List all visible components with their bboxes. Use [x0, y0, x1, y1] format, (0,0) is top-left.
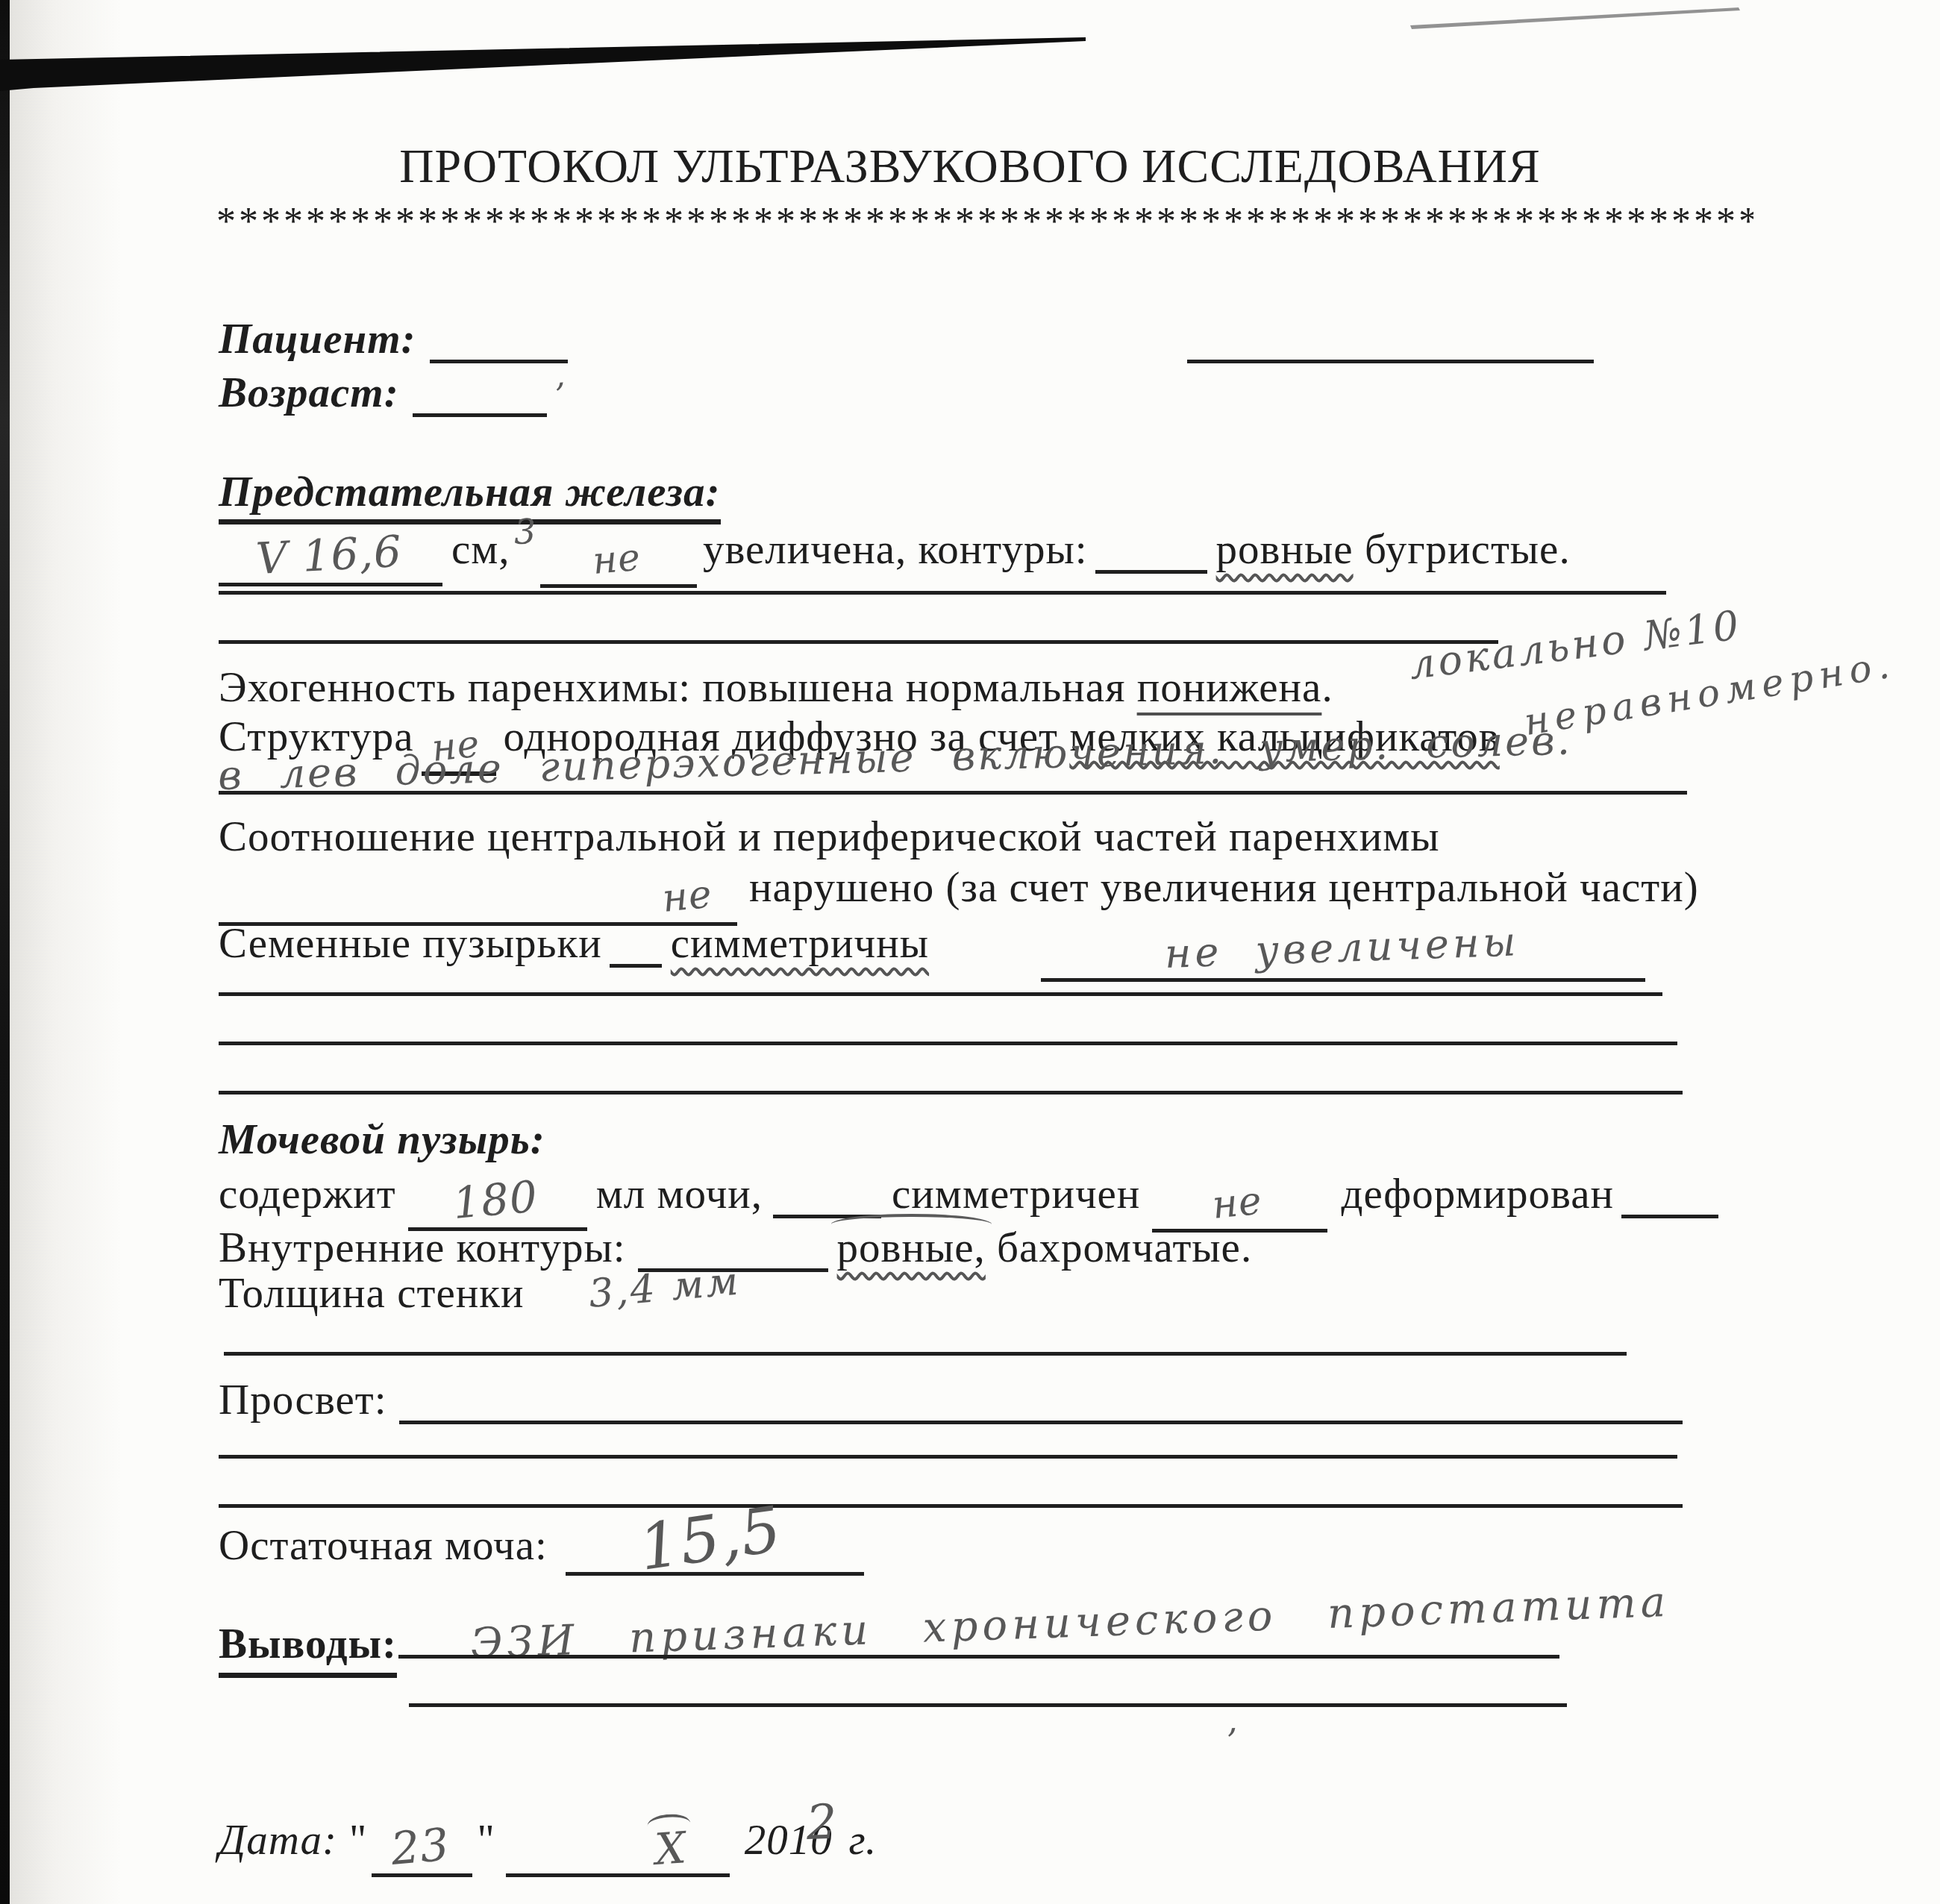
not-enlarged-handwriting: не [590, 533, 642, 585]
vesicles-note-handwriting: не увеличены [1164, 918, 1521, 978]
residual-urine-handwriting: 15,5 [636, 1505, 784, 1572]
lumen-row: Просвет: [219, 1373, 1683, 1424]
enlarged-label: увеличена, контуры: [703, 526, 1088, 573]
wall-thickness-row: Толщина стенки3,4 мм [219, 1270, 743, 1318]
volume-handwriting: V 16,6 [255, 527, 404, 583]
contours-blank [1095, 522, 1207, 574]
ruled-blank-line [219, 1042, 1677, 1045]
ratio-not-handwriting: не [660, 870, 714, 923]
ruled-blank-line [219, 1091, 1683, 1095]
lumen-blank [399, 1373, 1683, 1424]
stray-pen-mark: ’ [1226, 1717, 1239, 1765]
lumen-label: Просвет: [219, 1377, 387, 1424]
contours-rest-word: бугристые. [1354, 526, 1571, 573]
ruled-blank-line [219, 640, 1498, 644]
ruled-blank-line [409, 1703, 1567, 1707]
scan-edge-strip [0, 0, 10, 1904]
residual-urine-blank: 15,5 [566, 1524, 864, 1576]
echogenicity-period: . [1321, 664, 1333, 711]
enlarged-blank: не [540, 536, 697, 588]
scan-page-curl-shade [10, 0, 122, 1904]
vesicles-blank-small [610, 916, 662, 968]
vesicles-blank-large: не увеличены [1041, 930, 1645, 982]
echogenicity-label: Эхогенность паренхимы: повышена нормальн… [219, 664, 1137, 711]
ratio-label2: нарушено (за счет увеличения центральной… [749, 864, 1699, 911]
ruled-blank-line [224, 1352, 1627, 1356]
date-quote-open: " [349, 1817, 367, 1864]
date-quote-close: " [477, 1817, 495, 1864]
echogenicity-row: Эхогенность паренхимы: повышена нормальн… [219, 664, 1333, 712]
bladder-heading-row: Мочевой пузырь: [219, 1116, 545, 1164]
vesicles-symmetric-word: симметричны [671, 920, 929, 967]
date-year-suffix: г. [848, 1817, 877, 1864]
vesicles-label: Семенные пузырьки [219, 920, 602, 967]
vesicles-row: Семенные пузырькисимметричныне увеличены [219, 916, 1645, 982]
age-blank [413, 366, 547, 417]
ruled-blank-line [219, 1455, 1677, 1459]
date-row: Дата:"23"X20102г. [219, 1814, 877, 1877]
patient-row: Пациент: [219, 312, 1594, 363]
symmetric-label: симметричен [892, 1171, 1140, 1218]
ruled-blank-line [219, 791, 1687, 795]
echogenicity-lowered-word: понижена [1137, 664, 1322, 711]
asterisk-separator: ****************************************… [216, 200, 1753, 244]
document-title: ПРОТОКОЛ УЛЬТРАЗВУКОВОГО ИССЛЕДОВАНИЯ [0, 139, 1940, 194]
age-label: Возраст: [219, 369, 399, 416]
urine-volume-handwriting: 180 [451, 1172, 539, 1227]
deformed-label: деформирован [1341, 1171, 1614, 1218]
ruled-blank-line [219, 591, 1666, 595]
date-label: Дата: [219, 1817, 337, 1864]
contours-smooth-word: ровные [1216, 526, 1354, 573]
inner-rest-word: бахромчатые. [986, 1224, 1252, 1271]
inner-smooth-word: ровные, [837, 1224, 986, 1271]
wall-thickness-label: Толщина стенки [219, 1270, 524, 1317]
ml-label: мл мочи, [596, 1171, 763, 1218]
ratio-label: Соотношение центральной и периферической… [219, 813, 1440, 860]
prostate-heading: Предстательная железа: [219, 469, 721, 524]
date-day-handwriting: 23 [389, 1820, 451, 1873]
age-stray-mark: ’ [554, 372, 566, 420]
patient-right-blank [1187, 312, 1594, 363]
cm-exponent-handwriting: 3 [513, 507, 536, 556]
conclusion-label: Выводы: [219, 1620, 397, 1678]
date-month-blank: X [506, 1826, 730, 1877]
bladder-heading: Мочевой пузырь: [219, 1116, 545, 1163]
deformed-trailing-blank [1621, 1167, 1718, 1218]
date-day-blank: 23 [372, 1826, 472, 1877]
stray-mark-row: ’ [1227, 1716, 1239, 1765]
cm-label: см, [451, 526, 510, 573]
scan-artifact-top-edge [0, 0, 1940, 104]
ratio-row: Соотношение центральной и периферической… [219, 813, 1440, 861]
inner-contours-text: ровные, бахромчатые. [837, 1224, 1253, 1271]
ruled-blank-line [398, 1655, 1559, 1659]
residual-urine-row: Остаточная моча:15,5 [219, 1522, 864, 1576]
date-year-overlay-handwriting: 2 [805, 1799, 838, 1847]
symmetric-blank [773, 1167, 881, 1218]
prostate-volume-row: V 16,6см,3неувеличена, контуры:ровные бу… [219, 522, 1571, 588]
patient-name-blank [430, 312, 568, 363]
patient-label: Пациент: [219, 316, 416, 363]
contains-label: содержит [219, 1171, 396, 1218]
inner-contours-label: Внутренние контуры: [219, 1224, 626, 1271]
ruled-blank-line [219, 1504, 1683, 1508]
ruled-blank-line [219, 992, 1662, 996]
residual-urine-label: Остаточная моча: [219, 1522, 548, 1569]
conclusion-row: Выводы:ЭЗИ признаки хронического простат… [219, 1620, 1671, 1678]
date-month-handwriting: X [654, 1823, 689, 1873]
age-row: Возраст:’ [219, 366, 567, 420]
contours-text: ровные бугристые. [1216, 526, 1571, 573]
prostate-heading-row: Предстательная железа: [219, 469, 721, 524]
volume-blank: V 16,6 [219, 535, 442, 586]
scanned-ultrasound-protocol: ПРОТОКОЛ УЛЬТРАЗВУКОВОГО ИССЛЕДОВАНИЯ **… [0, 0, 1940, 1904]
